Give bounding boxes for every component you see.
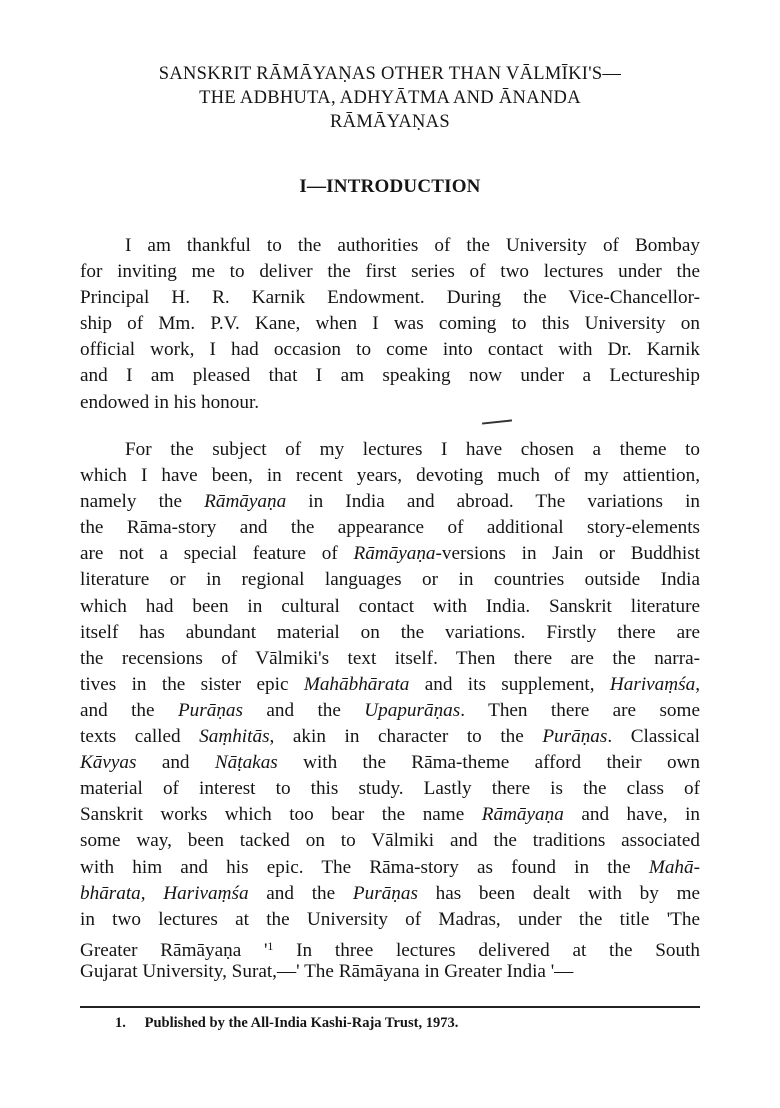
title-line-3: RĀMĀYAṆAS: [80, 110, 700, 134]
text-line: are not a special feature of Rāmāyaṇa-ve…: [80, 541, 700, 567]
footnote-text: Published by the All-India Kashi-Raja Tr…: [145, 1015, 459, 1031]
text-line: itself has abundant material on the vari…: [80, 620, 700, 646]
paragraph-1: I am thankful to the authorities of the …: [80, 233, 700, 416]
text-line: for inviting me to deliver the first ser…: [80, 259, 700, 285]
italic-term: Harivaṃśa: [163, 883, 248, 904]
text-line: literature or in regional languages or i…: [80, 567, 700, 593]
text-line: with him and his epic. The Rāma-story as…: [80, 855, 700, 881]
text-line: in two lectures at the University of Mad…: [80, 907, 700, 933]
italic-term: Saṃhitās: [199, 726, 269, 747]
text-line: Principal H. R. Karnik Endowment. During…: [80, 285, 700, 311]
footnote-rule: [80, 1006, 700, 1008]
footnote-reference[interactable]: 1: [267, 939, 273, 953]
text-line: bhārata, Harivaṃśa and the Purāṇas has b…: [80, 881, 700, 907]
text-line: material of interest to this study. Last…: [80, 776, 700, 802]
text-line: Gujarat University, Surat,—' The Rāmāyan…: [80, 959, 700, 985]
text-line: which I have been, in recent years, devo…: [80, 463, 700, 489]
italic-term: Nāṭakas: [215, 752, 278, 773]
italic-term: Rāmāyaṇa: [353, 543, 435, 564]
paragraph-2: For the subject of my lectures I have ch…: [80, 437, 700, 985]
text-line: Sanskrit works which too bear the name R…: [80, 802, 700, 828]
italic-term: bhārata: [80, 883, 141, 904]
footnote: 1. Published by the All-India Kashi-Raja…: [115, 1015, 458, 1032]
italic-term: Kāvyas: [80, 752, 137, 773]
text-line: ship of Mm. P.V. Kane, when I was coming…: [80, 311, 700, 337]
italic-term: Rāmāyaṇa: [482, 804, 564, 825]
text-line: some way, been tacked on to Vālmiki and …: [80, 828, 700, 854]
italic-term: Mahābhārata: [304, 674, 410, 695]
italic-term: Mahā-: [649, 857, 700, 878]
text-line: and I am pleased that I am speaking now …: [80, 363, 700, 389]
text-line: endowed in his honour.: [80, 390, 700, 416]
text-line: Greater Rāmāyaṇa '1 In three lectures de…: [80, 933, 700, 959]
stray-pen-mark: [482, 419, 512, 424]
title-line-2: THE ADBHUTA, ADHYĀTMA AND ĀNANDA: [80, 86, 700, 110]
italic-term: Upapurāṇas: [364, 700, 460, 721]
text-line: Kāvyas and Nāṭakas with the Rāma-theme a…: [80, 750, 700, 776]
text-line: official work, I had occasion to come in…: [80, 337, 700, 363]
text-line: the Rāma-story and the appearance of add…: [80, 515, 700, 541]
text-line: tives in the sister epic Mahābhārata and…: [80, 672, 700, 698]
italic-term: Rāmāyaṇa: [204, 491, 286, 512]
italic-term: Purāṇas: [353, 883, 418, 904]
title-line-1: SANSKRIT RĀMĀYAṆAS OTHER THAN VĀLMĪKI'S—: [80, 62, 700, 86]
text-line: For the subject of my lectures I have ch…: [80, 437, 700, 463]
text-line: I am thankful to the authorities of the …: [80, 233, 700, 259]
footnote-number: 1.: [115, 1015, 141, 1032]
text-line: namely the Rāmāyaṇa in India and abroad.…: [80, 489, 700, 515]
chapter-title: SANSKRIT RĀMĀYAṆAS OTHER THAN VĀLMĪKI'S—…: [80, 62, 700, 134]
text-line: which had been in cultural contact with …: [80, 594, 700, 620]
text-line: the recensions of Vālmiki's text itself.…: [80, 646, 700, 672]
italic-term: Harivaṃśa: [610, 674, 695, 695]
italic-term: Purāṇas: [542, 726, 607, 747]
text-line: texts called Saṃhitās, akin in character…: [80, 724, 700, 750]
italic-term: Purāṇas: [178, 700, 243, 721]
section-heading: I—INTRODUCTION: [80, 176, 700, 198]
text-line: and the Purāṇas and the Upapurāṇas. Then…: [80, 698, 700, 724]
